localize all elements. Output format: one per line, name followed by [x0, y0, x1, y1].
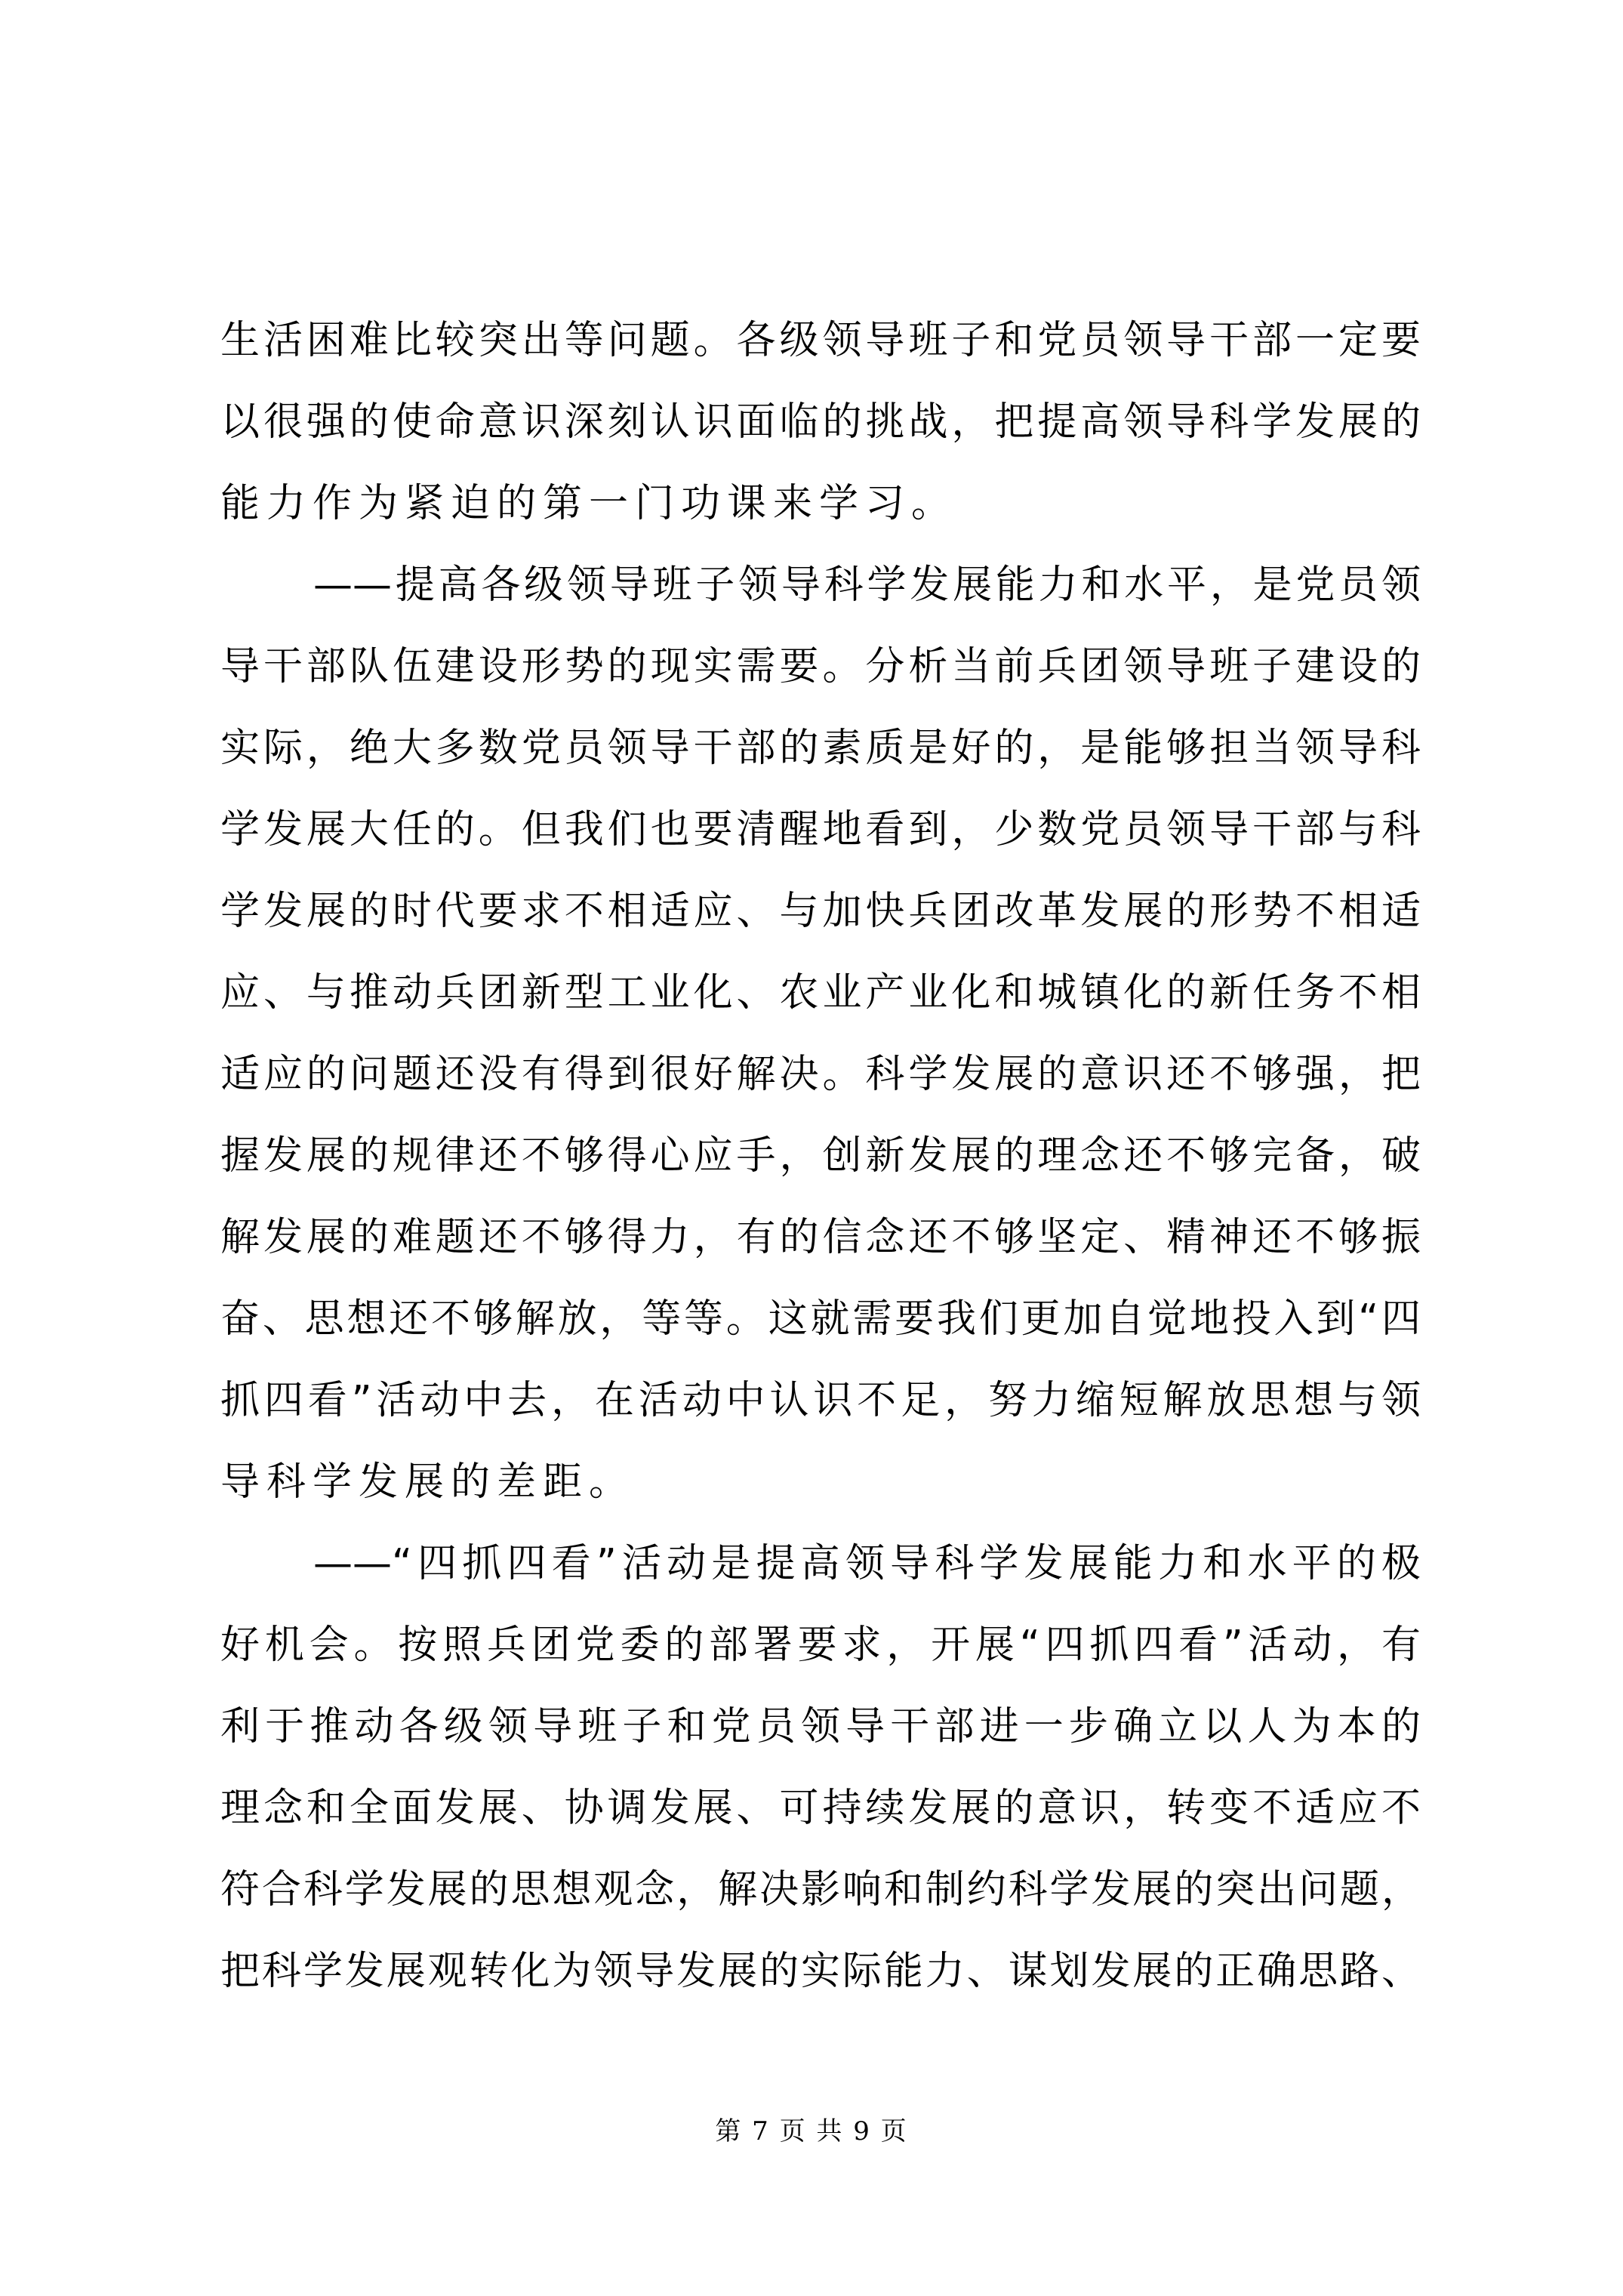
text-line: 握发展的规律还不够得心应手，创新发展的理念还不够完备，破: [220, 1115, 1421, 1197]
text-line: 学发展大任的。但我们也要清醒地看到，少数党员领导干部与科: [220, 789, 1421, 871]
text-line: 能力作为紧迫的第一门功课来学习。: [220, 463, 1421, 544]
text-line: 利于推动各级领导班子和党员领导干部进一步确立以人为本的: [220, 1686, 1421, 1767]
text-line: 奋、思想还不够解放，等等。这就需要我们更加自觉地投入到“四: [220, 1278, 1421, 1360]
text-line: 导科学发展的差距。: [220, 1441, 1421, 1523]
text-line-indented: ——提高各级领导班子领导科学发展能力和水平，是党员领: [220, 544, 1421, 626]
text-line-indented: ——“四抓四看”活动是提高领导科学发展能力和水平的极: [220, 1523, 1421, 1604]
text-line: 学发展的时代要求不相适应、与加快兵团改革发展的形势不相适: [220, 871, 1421, 952]
text-line: 生活困难比较突出等问题。各级领导班子和党员领导干部一定要: [220, 300, 1421, 381]
text-line: 好机会。按照兵团党委的部署要求，开展“四抓四看”活动，有: [220, 1604, 1421, 1686]
page-number-footer: 第 7 页 共 9 页: [0, 2110, 1623, 2147]
text-line: 实际，绝大多数党员领导干部的素质是好的，是能够担当领导科: [220, 707, 1421, 789]
text-line: 符合科学发展的思想观念，解决影响和制约科学发展的突出问题，: [220, 1849, 1421, 1931]
document-body: 生活困难比较突出等问题。各级领导班子和党员领导干部一定要 以很强的使命意识深刻认…: [220, 300, 1421, 2012]
text-line: 适应的问题还没有得到很好解决。科学发展的意识还不够强，把: [220, 1034, 1421, 1115]
text-line: 导干部队伍建设形势的现实需要。分析当前兵团领导班子建设的: [220, 626, 1421, 707]
text-line: 应、与推动兵团新型工业化、农业产业化和城镇化的新任务不相: [220, 952, 1421, 1034]
document-page: 生活困难比较突出等问题。各级领导班子和党员领导干部一定要 以很强的使命意识深刻认…: [0, 0, 1623, 2296]
text-line: 理念和全面发展、协调发展、可持续发展的意识，转变不适应不: [220, 1767, 1421, 1849]
text-line: 以很强的使命意识深刻认识面临的挑战，把提高领导科学发展的: [220, 381, 1421, 463]
text-line: 解发展的难题还不够得力，有的信念还不够坚定、精神还不够振: [220, 1197, 1421, 1278]
text-line: 抓四看”活动中去，在活动中认识不足，努力缩短解放思想与领: [220, 1360, 1421, 1441]
text-line: 把科学发展观转化为领导发展的实际能力、谋划发展的正确思路、: [220, 1931, 1421, 2012]
